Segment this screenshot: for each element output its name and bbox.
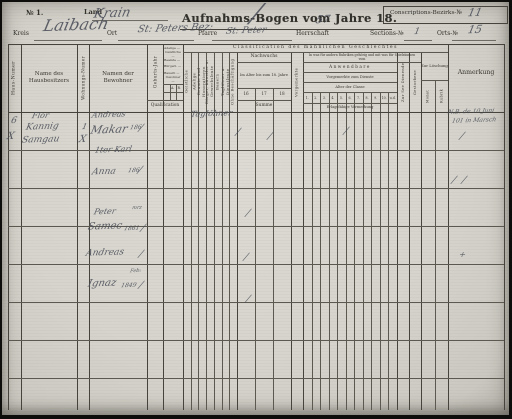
erlags-band: Erlagsfähige Vormerkung <box>303 103 397 112</box>
tally-slash-mark: / <box>458 132 465 142</box>
handwriting-entry: Samec <box>87 221 123 232</box>
ort-label: Ort <box>107 31 117 37</box>
nachwuchs-sum: Summe <box>237 100 291 112</box>
orts-label: Orts-№ <box>437 31 458 37</box>
grid-vline <box>337 92 338 410</box>
handwriting-entry: X <box>6 132 15 142</box>
uebersicht-row: Geistliche — <box>164 52 182 58</box>
grid-vline <box>371 92 372 410</box>
tally-slash-mark: / <box>234 128 241 138</box>
grid-vline <box>380 92 381 410</box>
plus-mark: + <box>458 251 467 259</box>
handwriting-entry: Feb: <box>129 269 141 274</box>
grid-hline <box>8 112 504 113</box>
tally-slash-mark: / <box>460 176 467 186</box>
dienst-line: Vorgemerkte zum Dienste <box>303 72 397 82</box>
handwriting-entry: 6 <box>10 117 18 126</box>
sections-label: Sections-№ <box>370 31 404 37</box>
ort-underline <box>118 40 194 41</box>
age-class-cell: 1. <box>303 92 312 103</box>
handwriting-entry: 101 in Marsch <box>451 117 497 125</box>
gestorben-col-header: Gestorbene <box>409 52 421 112</box>
handwriting-entry: Kannig <box>25 122 60 132</box>
sheet-number: № 1. <box>26 9 43 16</box>
tally-slash-mark: / <box>450 176 457 186</box>
handwriting-entry: Peter <box>93 208 116 217</box>
grid-vline <box>388 92 389 410</box>
category-col-header: Geistliche <box>183 53 191 110</box>
grid-vline <box>504 44 505 410</box>
vorgemerkte-col-header: Vorgemerkte <box>291 52 303 112</box>
anmerkung-col-header: Anmerkung <box>448 60 504 86</box>
age-class-cell: 10. <box>380 92 389 103</box>
kreis-label: Kreis <box>13 31 29 37</box>
grid-hline <box>8 226 504 227</box>
grid-vline <box>320 92 321 410</box>
handwriting-entry: 1ter Karl <box>94 145 133 154</box>
haus-numer-col-header: Haus-Numer <box>8 46 21 110</box>
grid-hline <box>8 188 504 189</box>
grid-hline <box>8 378 504 379</box>
uebersicht-row: Bürgerl. — <box>164 64 182 70</box>
qualification-band: Qualification <box>147 100 183 112</box>
grid-vline <box>21 44 22 410</box>
grid-vline <box>435 80 436 410</box>
tally-slash-mark: / <box>242 253 249 263</box>
handwriting-entry: 1861 <box>123 226 140 233</box>
classe-line: Alter der Classe <box>303 82 397 92</box>
tally-slash-mark: / <box>342 127 349 137</box>
handwriting-entry: 1 <box>81 123 88 131</box>
handwriting-entry: Taglöhner <box>190 109 233 118</box>
uebersicht-row: Beamte — <box>164 58 182 64</box>
tally-slash-mark: / <box>244 295 251 305</box>
hausbesitzer-col-header: Name des Hausbesitzers <box>24 48 74 108</box>
grid-vline <box>163 44 164 410</box>
orts-underline <box>452 40 496 41</box>
wohnungs-numer-col-header: Wohnungs-Numer <box>77 46 89 110</box>
grid-hline <box>163 92 183 93</box>
pfarre-underline <box>212 40 292 41</box>
loeschung-title: Zur Löschung <box>421 52 448 80</box>
age-class-cell: 2. <box>312 92 321 103</box>
age-class-cell: 9. <box>371 92 380 103</box>
grid-vline <box>147 44 148 410</box>
grid-vline <box>312 92 313 410</box>
grid-hline <box>8 150 504 151</box>
nachwuchs-age-cell: 17 <box>255 88 273 100</box>
handwriting-entry: 1 <box>413 28 421 37</box>
handwriting-entry: Ignaz <box>87 279 117 290</box>
age-class-cell: 7. <box>354 92 363 103</box>
age-class-cell: 6. <box>346 92 355 103</box>
handwriting-entry: X <box>78 135 87 145</box>
nachwuchs-age-cell: 18 <box>273 88 291 100</box>
nachwuchs-age-cell: 16 <box>237 88 255 100</box>
handwriting-entry: St: Peter <box>225 26 267 36</box>
category-col-header: Bürger, Künstler u. Gewerbsleute <box>206 53 214 110</box>
conscription-label: Conscriptions-Bezirks-№ <box>390 11 462 17</box>
handwriting-entry: 15 <box>467 24 483 35</box>
loeschung-subcol-header: Monat <box>421 80 435 112</box>
handwriting-entry: 11 <box>467 7 483 18</box>
ar-grid-col-label: R. <box>176 84 183 92</box>
sections-underline <box>404 40 432 41</box>
handwriting-entry: N.B. de 10 Juni <box>447 108 495 116</box>
tally-slash-mark: / <box>137 281 144 291</box>
form-content: № 1. Land Aufnahms-Bogen vom Jahre 18. C… <box>0 0 512 419</box>
grid-hline <box>8 340 504 341</box>
herrschaft-label: Herrschaft <box>296 31 329 37</box>
handwriting-entry: Makar <box>90 123 129 135</box>
tally-slash-mark: / <box>137 250 144 260</box>
handwriting-entry: 1849 <box>120 283 137 290</box>
uebersicht-row: Inwohner — <box>164 77 182 83</box>
handwriting-entry: Laibach <box>42 16 110 34</box>
loeschung-subcol-header: Rubrik <box>435 80 449 112</box>
see-col-header: Zur See Dienende <box>397 52 409 112</box>
kreis-underline <box>34 40 102 41</box>
nachwuchs-title: Nachwuchs <box>237 52 291 62</box>
grid-vline <box>329 92 330 410</box>
anwendbare-title: Anwendbare <box>303 62 397 72</box>
age-class-cell: 3. <box>320 92 329 103</box>
handwriting-entry: Andreas <box>91 110 126 119</box>
grid-vline <box>346 92 347 410</box>
bewohner-col-header: Namen der Bewohner <box>92 48 144 108</box>
handwriting-entry: Andreas <box>85 248 125 258</box>
age-class-cell: 4. <box>329 92 338 103</box>
age-class-cell: 8. <box>363 92 372 103</box>
handwriting-entry: Flor <box>31 112 50 121</box>
grid-vline <box>255 88 256 410</box>
age-class-cell: 5. <box>337 92 346 103</box>
grid-hline <box>8 264 504 265</box>
geburtsjahr-col-header: Geburts-Jahr <box>147 46 163 98</box>
classification-title: Classification des männlichen Geschlecht… <box>183 44 448 52</box>
form-title: Aufnahms-Bogen vom Jahre 18. <box>182 13 397 25</box>
handwriting-entry: Anna <box>91 168 117 178</box>
handwriting-entry: mrz <box>131 206 142 211</box>
age-class-cell: u.d. <box>388 92 397 103</box>
scanned-census-sheet: { "colors": { "paper": "#d8d6cf", "print… <box>0 0 512 419</box>
handwriting-entry: 57 <box>315 14 331 25</box>
grid-vline <box>354 92 355 410</box>
nachwuchs-range: Im Alter bis zum 18. Jahre <box>239 62 289 88</box>
tally-slash-mark: / <box>244 209 251 219</box>
grid-vline <box>273 88 274 410</box>
tally-slash-mark: / <box>266 132 273 142</box>
category-col-header: Ohne Beschäftigung <box>229 53 237 110</box>
grid-vline <box>363 92 364 410</box>
grid-hline <box>8 302 504 303</box>
handwriting-entry: Samgau <box>21 135 60 145</box>
